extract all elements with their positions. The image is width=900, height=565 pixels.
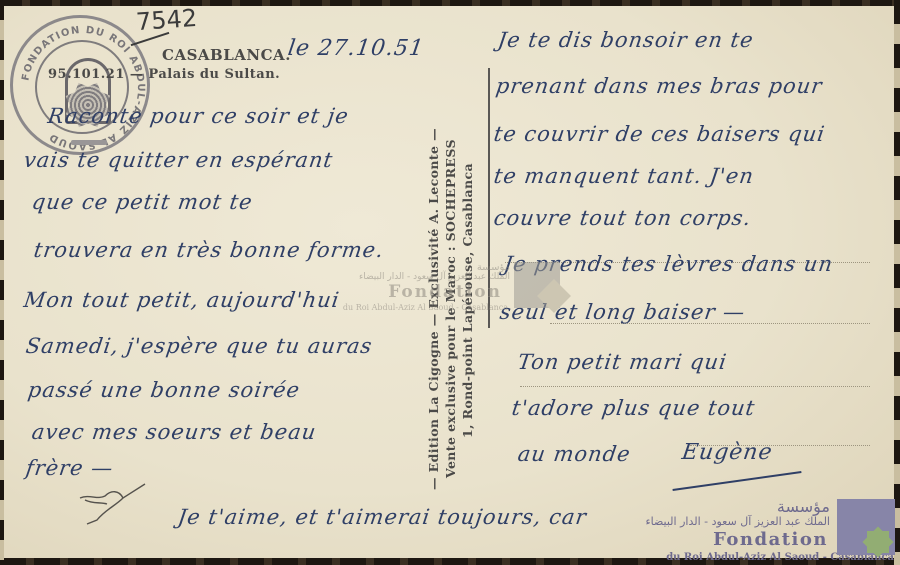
printed-caption: 95.101.21 — Palais du Sultan. — [48, 67, 280, 82]
watermark-corner: مؤسسة الملك عبد العزيز آل سعود - الدار ا… — [635, 495, 900, 565]
pencil-doodle — [75, 480, 150, 525]
letter-left-line: Raconte pour ce soir et je — [46, 104, 350, 128]
caption-title: — Palais du Sultan. — [130, 67, 280, 82]
letter-right-line: t'adore plus que tout — [510, 396, 757, 420]
watermark-arabic-subtitle: الملك عبد العزيز آل سعود - الدار البيضاء — [359, 272, 510, 282]
watermark-subtitle: du Roi Abdul-Aziz Al Saoud - Casablanca — [343, 303, 508, 312]
letter-left-line: passé une bonne soirée — [26, 378, 301, 402]
archive-stamp: FONDATION DU ROI ABDUL-AZIZ AL SAOUD — [10, 15, 150, 155]
caption-number: 95.101.21 — [48, 67, 125, 82]
deckled-edge-left — [0, 0, 4, 565]
letter-right-line: prenant dans mes bras pour — [494, 74, 824, 98]
address-line-3 — [520, 386, 870, 387]
letter-left-line: que ce petit mot te — [30, 190, 254, 214]
letter-left-line: frère — — [24, 456, 115, 480]
letter-left-line: trouvera en très bonne forme. — [32, 238, 385, 262]
letter-right-line: au monde — [516, 442, 632, 466]
signature-underline — [672, 471, 801, 491]
watermark-title: Fondation — [713, 529, 828, 550]
printed-city: CASABLANCA. — [162, 46, 291, 64]
handwritten-date: le 27.10.51 — [286, 36, 426, 61]
letter-right-line: Ton petit mari qui — [516, 350, 728, 374]
letter-right-line: couvre tout ton corps. — [492, 206, 753, 230]
deckled-edge-top — [0, 0, 900, 6]
letter-right-line: Je te dis bonsoir en te — [496, 28, 755, 52]
watermark-arabic-title: مؤسسة — [777, 497, 830, 516]
watermark-arabic-subtitle: الملك عبد العزيز آل سعود - الدار البيضاء — [645, 515, 830, 528]
deckled-edge-right — [894, 0, 900, 565]
letter-bottom-line: Je t'aime, et t'aimerai toujours, car — [176, 505, 588, 529]
letter-right-line: te couvrir de ces baisers qui — [492, 122, 826, 146]
letter-left-line: avec mes soeurs et beau — [30, 420, 318, 444]
letter-left-line: vais te quitter en espérant — [22, 148, 334, 172]
watermark-title: Fondation — [388, 282, 502, 302]
letter-left-line: Samedi, j'espère que tu auras — [24, 334, 374, 358]
watermark-center: مؤسسة الملك عبد العزيز آل سعود - الدار ا… — [330, 262, 560, 322]
stamp-bar — [71, 140, 107, 145]
signature: Eugène — [680, 440, 774, 465]
letter-right-line: te manquent tant. J'en — [492, 164, 755, 188]
postcard-back: FONDATION DU ROI ABDUL-AZIZ AL SAOUD 754… — [0, 0, 900, 565]
letter-left-line: Mon tout petit, aujourd'hui — [22, 288, 341, 312]
